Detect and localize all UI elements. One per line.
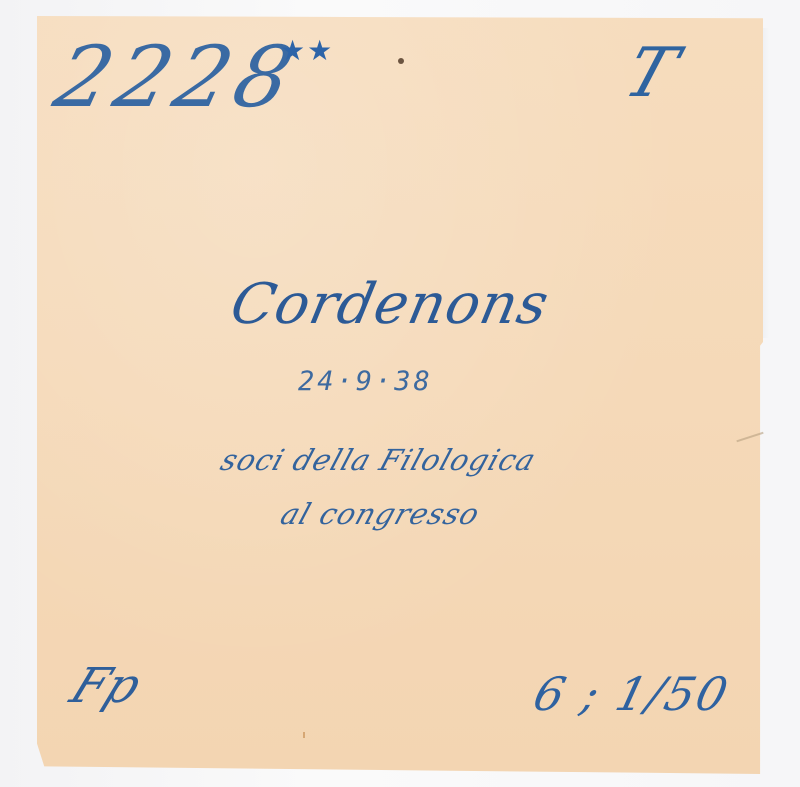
place-name: Cordenons bbox=[225, 272, 555, 337]
price-note: 6 ; 1/50 bbox=[528, 667, 735, 721]
background-edge bbox=[762, 28, 770, 338]
date: 24·9·38 bbox=[298, 366, 433, 397]
caption-line-2: al congresso bbox=[276, 497, 484, 531]
caption-line-1: soci della Filologica bbox=[216, 443, 540, 477]
paper-speck bbox=[398, 58, 404, 64]
star-marks-icon: ★★ bbox=[280, 34, 334, 67]
paper-stain bbox=[303, 732, 305, 738]
catalog-number: 2228 bbox=[46, 28, 308, 126]
